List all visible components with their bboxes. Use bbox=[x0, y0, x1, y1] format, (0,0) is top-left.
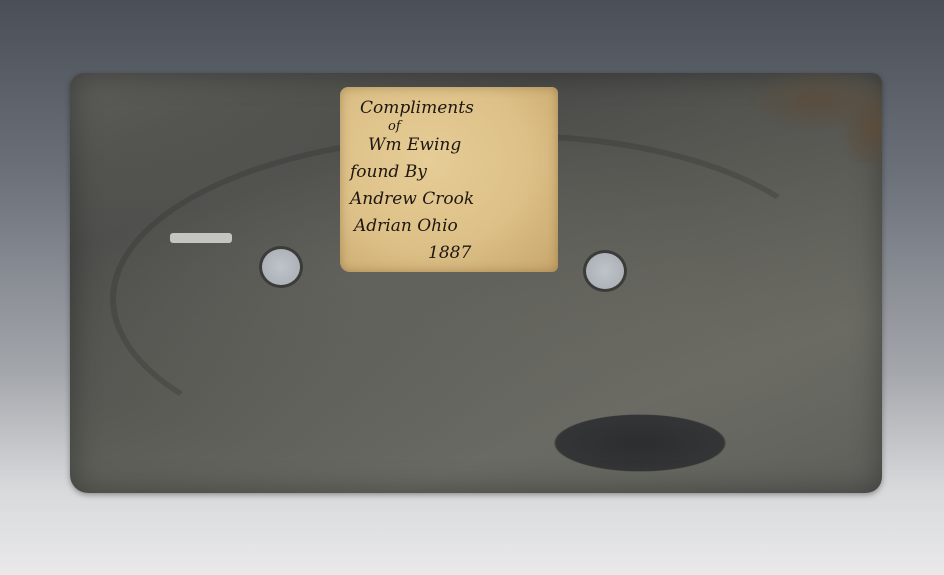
label-line: Compliments bbox=[350, 95, 548, 122]
label-line: found By bbox=[350, 159, 548, 186]
label-line: Andrew Crook bbox=[350, 186, 548, 213]
handwritten-label: Compliments of Wm Ewing found By Andrew … bbox=[340, 87, 558, 272]
mineral-mark bbox=[170, 233, 232, 243]
label-line: 1887 bbox=[350, 240, 548, 267]
label-line: Wm Ewing bbox=[350, 132, 548, 159]
chipped-corner bbox=[672, 73, 882, 163]
drilled-hole-right bbox=[586, 253, 624, 289]
label-line: of bbox=[350, 122, 548, 132]
drilled-hole-left bbox=[262, 249, 300, 285]
label-line: Adrian Ohio bbox=[350, 213, 548, 240]
